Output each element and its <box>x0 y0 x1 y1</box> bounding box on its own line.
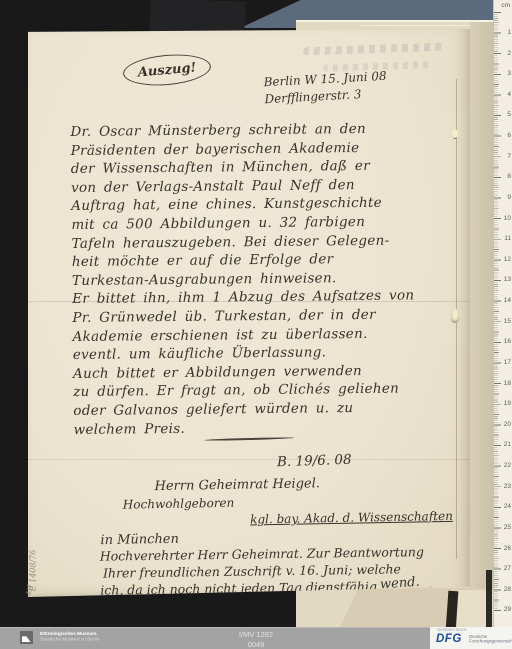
letter-head: Berlin W 15. Juni 08 Derfflingerstr. 3 <box>263 68 388 108</box>
ruler-number: 26 <box>504 545 511 552</box>
archival-number-pencil: E 1408/76 <box>29 532 38 610</box>
ruler-number: 4 <box>507 91 511 98</box>
reply-date: B. 19/6. 08 <box>277 452 352 471</box>
letter-body: Dr. Oscar Münsterberg schreibt an denPrä… <box>70 119 455 439</box>
ruler-number: 11 <box>504 235 511 242</box>
ruler-cm-ticks <box>494 12 501 612</box>
ruler-number: 16 <box>504 338 511 345</box>
ruler-number: 19 <box>504 400 511 407</box>
metadata-footer-bar: Ethnologisches Museum Staatliche Museen … <box>0 627 512 649</box>
paper-gap-shadow <box>486 570 492 628</box>
ruler-number: 5 <box>507 111 511 118</box>
recipient-address: Herrn Geheimrat Heigel.Hochwohlgeborenkg… <box>99 473 453 549</box>
cm-ruler: cm 1234567891011121314151617181920212223… <box>493 0 512 649</box>
ruler-number: 1 <box>507 29 511 36</box>
ruler-number: 13 <box>504 276 511 283</box>
scan-viewport: Auszug! Berlin W 15. Juni 08 Derfflinger… <box>0 0 512 649</box>
ruler-number: 22 <box>504 462 511 469</box>
letter-page: Auszug! Berlin W 15. Juni 08 Derfflinger… <box>28 29 470 597</box>
ruler-number: 6 <box>507 132 511 139</box>
ruler-number: 9 <box>507 194 511 201</box>
ruler-number: 25 <box>504 524 511 531</box>
funding-label-patch: Gefördert durch DFG Deutsche Forschungsg… <box>430 627 512 649</box>
ruler-number: 14 <box>504 297 511 304</box>
ruler-number: 15 <box>504 318 511 325</box>
ruler-number: 3 <box>507 70 511 77</box>
ruler-number: 23 <box>504 483 511 490</box>
binding-hole <box>452 129 458 138</box>
ruler-number: 17 <box>504 359 511 366</box>
dfg-logo: DFG <box>436 633 462 645</box>
ruler-number: 29 <box>504 606 511 613</box>
dfg-name: Deutsche Forschungsgemeinschaft <box>469 635 512 644</box>
ruler-number: 2 <box>507 50 511 57</box>
recipient-address-line: kgl. bay. Akad. d. Wissenschaften <box>250 508 453 529</box>
ruler-number: 12 <box>504 256 511 263</box>
sheet-edge-highlight <box>296 20 493 22</box>
ruler-number: 21 <box>504 441 511 448</box>
ruler-number: 8 <box>507 173 511 180</box>
ruler-number: 24 <box>504 503 511 510</box>
ruler-number: 28 <box>504 586 511 593</box>
ruler-number: 7 <box>507 153 511 160</box>
horizontal-fold-crease <box>28 459 470 460</box>
ruler-number: 20 <box>504 421 511 428</box>
ruler-number: 10 <box>504 215 511 222</box>
ink-bleedthrough <box>303 43 443 56</box>
circled-annotation: Auszug! <box>122 51 212 89</box>
ruler-unit-label: cm <box>501 2 510 9</box>
letter-body-line: welchem Preis. <box>73 416 455 439</box>
sheet-stack-shadow <box>470 22 493 627</box>
dfg-name-line2: Forschungsgemeinschaft <box>469 639 512 643</box>
funding-label: Gefördert durch <box>437 628 466 632</box>
ruler-number: 18 <box>504 380 511 387</box>
ruler-number: 27 <box>504 565 511 572</box>
